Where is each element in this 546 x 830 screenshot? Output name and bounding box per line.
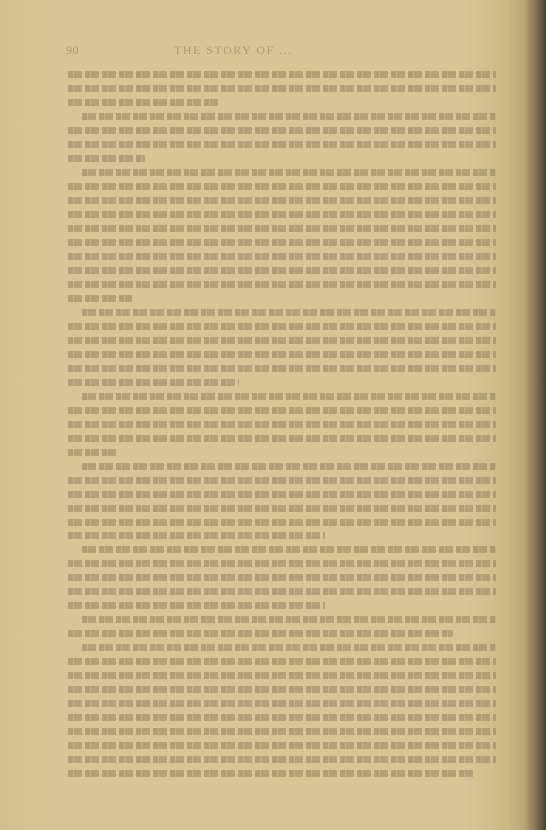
text-line [68, 110, 496, 122]
scanned-book-page: 90 THE STORY OF ... [0, 0, 546, 830]
text-line [68, 124, 496, 136]
text-line [68, 557, 496, 569]
text-line [68, 348, 496, 360]
text-line [68, 194, 496, 206]
text-line [68, 138, 496, 150]
text-line [68, 669, 496, 681]
text-line [68, 236, 496, 248]
paragraph [68, 110, 496, 164]
text-line [68, 222, 496, 234]
paragraph [68, 68, 496, 108]
body-text [68, 68, 496, 781]
text-line [68, 180, 496, 192]
text-line [68, 166, 496, 178]
paragraph [68, 166, 496, 304]
text-line [68, 697, 496, 709]
text-line [68, 362, 496, 374]
text-line [68, 68, 496, 80]
paragraph [68, 543, 496, 611]
text-line [68, 683, 496, 695]
text-line [68, 543, 496, 555]
text-line [68, 641, 496, 653]
text-line [68, 264, 496, 276]
text-line [68, 390, 496, 402]
text-line [68, 502, 496, 514]
text-line [68, 599, 496, 611]
text-line [68, 82, 496, 94]
text-line [68, 488, 496, 500]
text-line [68, 516, 496, 528]
text-line [68, 711, 496, 723]
running-header: THE STORY OF ... [174, 43, 293, 58]
text-line [68, 739, 496, 751]
text-line [68, 376, 496, 388]
paragraph [68, 641, 496, 779]
text-line [68, 753, 496, 765]
text-line [68, 446, 496, 458]
text-line [68, 250, 496, 262]
paragraph [68, 306, 496, 388]
page-number: 90 [66, 43, 79, 58]
text-line [68, 278, 496, 290]
text-line [68, 571, 496, 583]
text-line [68, 152, 496, 164]
text-line [68, 767, 496, 779]
text-line [68, 655, 496, 667]
text-line [68, 320, 496, 332]
text-line [68, 432, 496, 444]
text-line [68, 334, 496, 346]
page-header: 90 THE STORY OF ... [66, 43, 486, 63]
text-line [68, 460, 496, 472]
text-line [68, 474, 496, 486]
paragraph [68, 460, 496, 542]
paragraph [68, 390, 496, 458]
text-line [68, 585, 496, 597]
text-line [68, 627, 496, 639]
text-line [68, 404, 496, 416]
text-line [68, 96, 496, 108]
paragraph [68, 613, 496, 639]
text-line [68, 418, 496, 430]
text-line [68, 208, 496, 220]
text-line [68, 306, 496, 318]
text-line [68, 292, 496, 304]
text-line [68, 725, 496, 737]
text-line [68, 529, 496, 541]
text-line [68, 613, 496, 625]
